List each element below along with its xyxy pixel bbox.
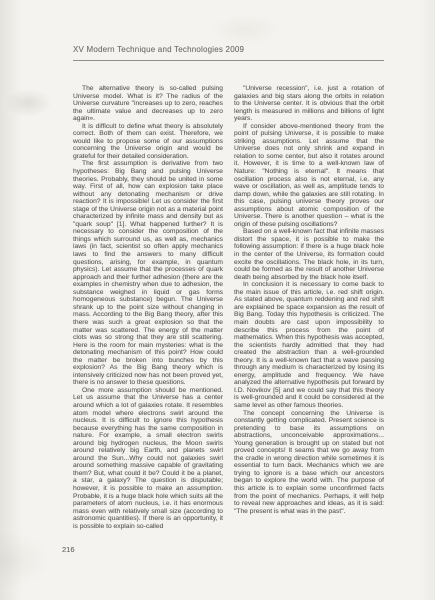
paragraph: If consider above-mentioned theory from … xyxy=(234,123,384,229)
two-column-body: The alternative theory is so-called puls… xyxy=(73,85,384,530)
header-rule xyxy=(73,60,384,61)
paragraph: Based on a well-known fact that infinite… xyxy=(234,228,384,281)
paragraph: One more assumption should be mentioned.… xyxy=(73,387,223,530)
paragraph: It is difficult to define what theory is… xyxy=(73,123,223,161)
paragraph: "Universe recession", i.e. just a rotati… xyxy=(234,85,384,123)
right-column: "Universe recession", i.e. just a rotati… xyxy=(234,85,384,530)
paragraph: The alternative theory is so-called puls… xyxy=(73,85,223,123)
page-number: 216 xyxy=(62,545,75,554)
paragraph: In conclusion it is necessary to come ba… xyxy=(234,281,384,409)
left-column: The alternative theory is so-called puls… xyxy=(73,85,223,530)
paragraph: The first assumption is derivative from … xyxy=(73,160,223,386)
paragraph: The concept concerning the Universe is c… xyxy=(234,410,384,516)
running-header: XV Modern Technique and Technologies 200… xyxy=(73,45,244,54)
scanned-paper-page: XV Modern Technique and Technologies 200… xyxy=(0,0,435,600)
